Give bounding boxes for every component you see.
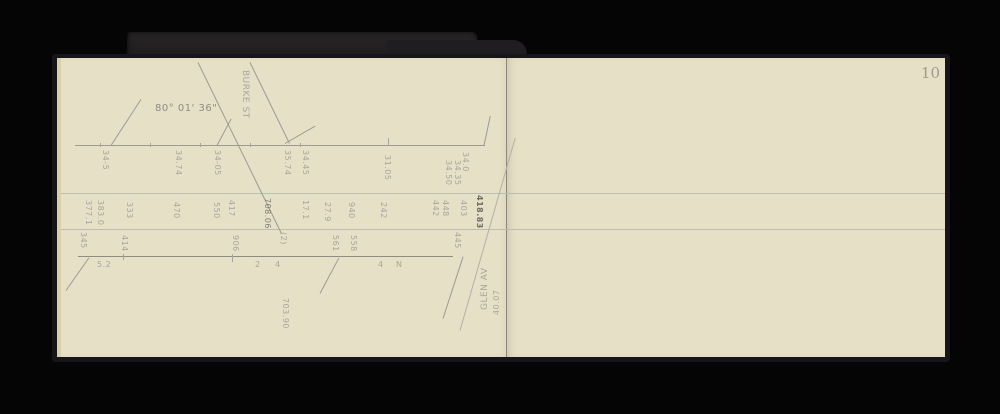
- upper-station: 34.50: [444, 160, 453, 185]
- bearing-label: 80° 01' 36": [155, 103, 217, 114]
- lower-value: 561: [331, 235, 340, 252]
- lower-value: 345: [79, 232, 88, 249]
- tick: [250, 143, 251, 147]
- upper-baseline: [75, 145, 485, 146]
- right-page: [507, 58, 945, 357]
- upper-station: 34.35: [453, 160, 462, 185]
- middle-value: 417: [227, 200, 236, 217]
- red-rule-lower: [61, 229, 945, 230]
- street-label-glen: GLEN AV: [480, 267, 490, 310]
- upper-station: 34.45: [301, 150, 310, 175]
- middle-value: 442: [431, 200, 440, 217]
- middle-value: 377.1: [84, 200, 93, 225]
- below-line-value: 4: [378, 260, 384, 269]
- lower-value: 414: [120, 235, 129, 252]
- tick: [200, 143, 201, 147]
- lower-value: 558: [349, 235, 358, 252]
- tick: [150, 143, 151, 147]
- tick: [100, 143, 101, 147]
- lower-value: (2): [279, 232, 288, 245]
- tick: [123, 254, 124, 260]
- middle-value: 403: [459, 200, 468, 217]
- middle-value: 550: [212, 202, 221, 219]
- red-rule-upper: [61, 193, 945, 194]
- middle-value: 242: [379, 202, 388, 219]
- below-line-value: 5.2: [97, 260, 111, 269]
- middle-value: 708.06: [263, 198, 272, 229]
- below-line-value: 4: [275, 260, 281, 269]
- upper-station: 35.74: [283, 150, 292, 175]
- below-line-value: 703.90: [281, 298, 290, 329]
- page-number: 10: [921, 64, 940, 82]
- page-gutter: [506, 58, 507, 357]
- lower-value: 906: [231, 235, 240, 252]
- upper-station: 34.0: [461, 152, 470, 172]
- lower-baseline: [78, 256, 453, 257]
- below-line-value: 2: [255, 260, 261, 269]
- below-line-value: N: [396, 260, 402, 269]
- upper-station: 31.05: [383, 155, 392, 180]
- middle-value-bold: 418.83: [475, 195, 484, 229]
- side-note: 40.07: [492, 290, 501, 315]
- middle-value: 17.1: [301, 200, 310, 220]
- tick: [388, 138, 389, 146]
- upper-station: 34-05: [213, 150, 222, 176]
- street-label-burke: BURKE ST: [240, 70, 250, 119]
- middle-value: 470: [172, 202, 181, 219]
- middle-value: 940: [347, 202, 356, 219]
- upper-station: 34.74: [174, 150, 183, 175]
- middle-value: 333: [125, 202, 134, 219]
- middle-value: 383.0: [96, 200, 105, 225]
- middle-value: 27.9: [323, 202, 332, 222]
- upper-station: 34-5: [101, 150, 110, 170]
- tick: [232, 254, 233, 262]
- lower-value: 445: [453, 232, 462, 249]
- tick: [300, 143, 301, 147]
- middle-value: 448: [441, 200, 450, 217]
